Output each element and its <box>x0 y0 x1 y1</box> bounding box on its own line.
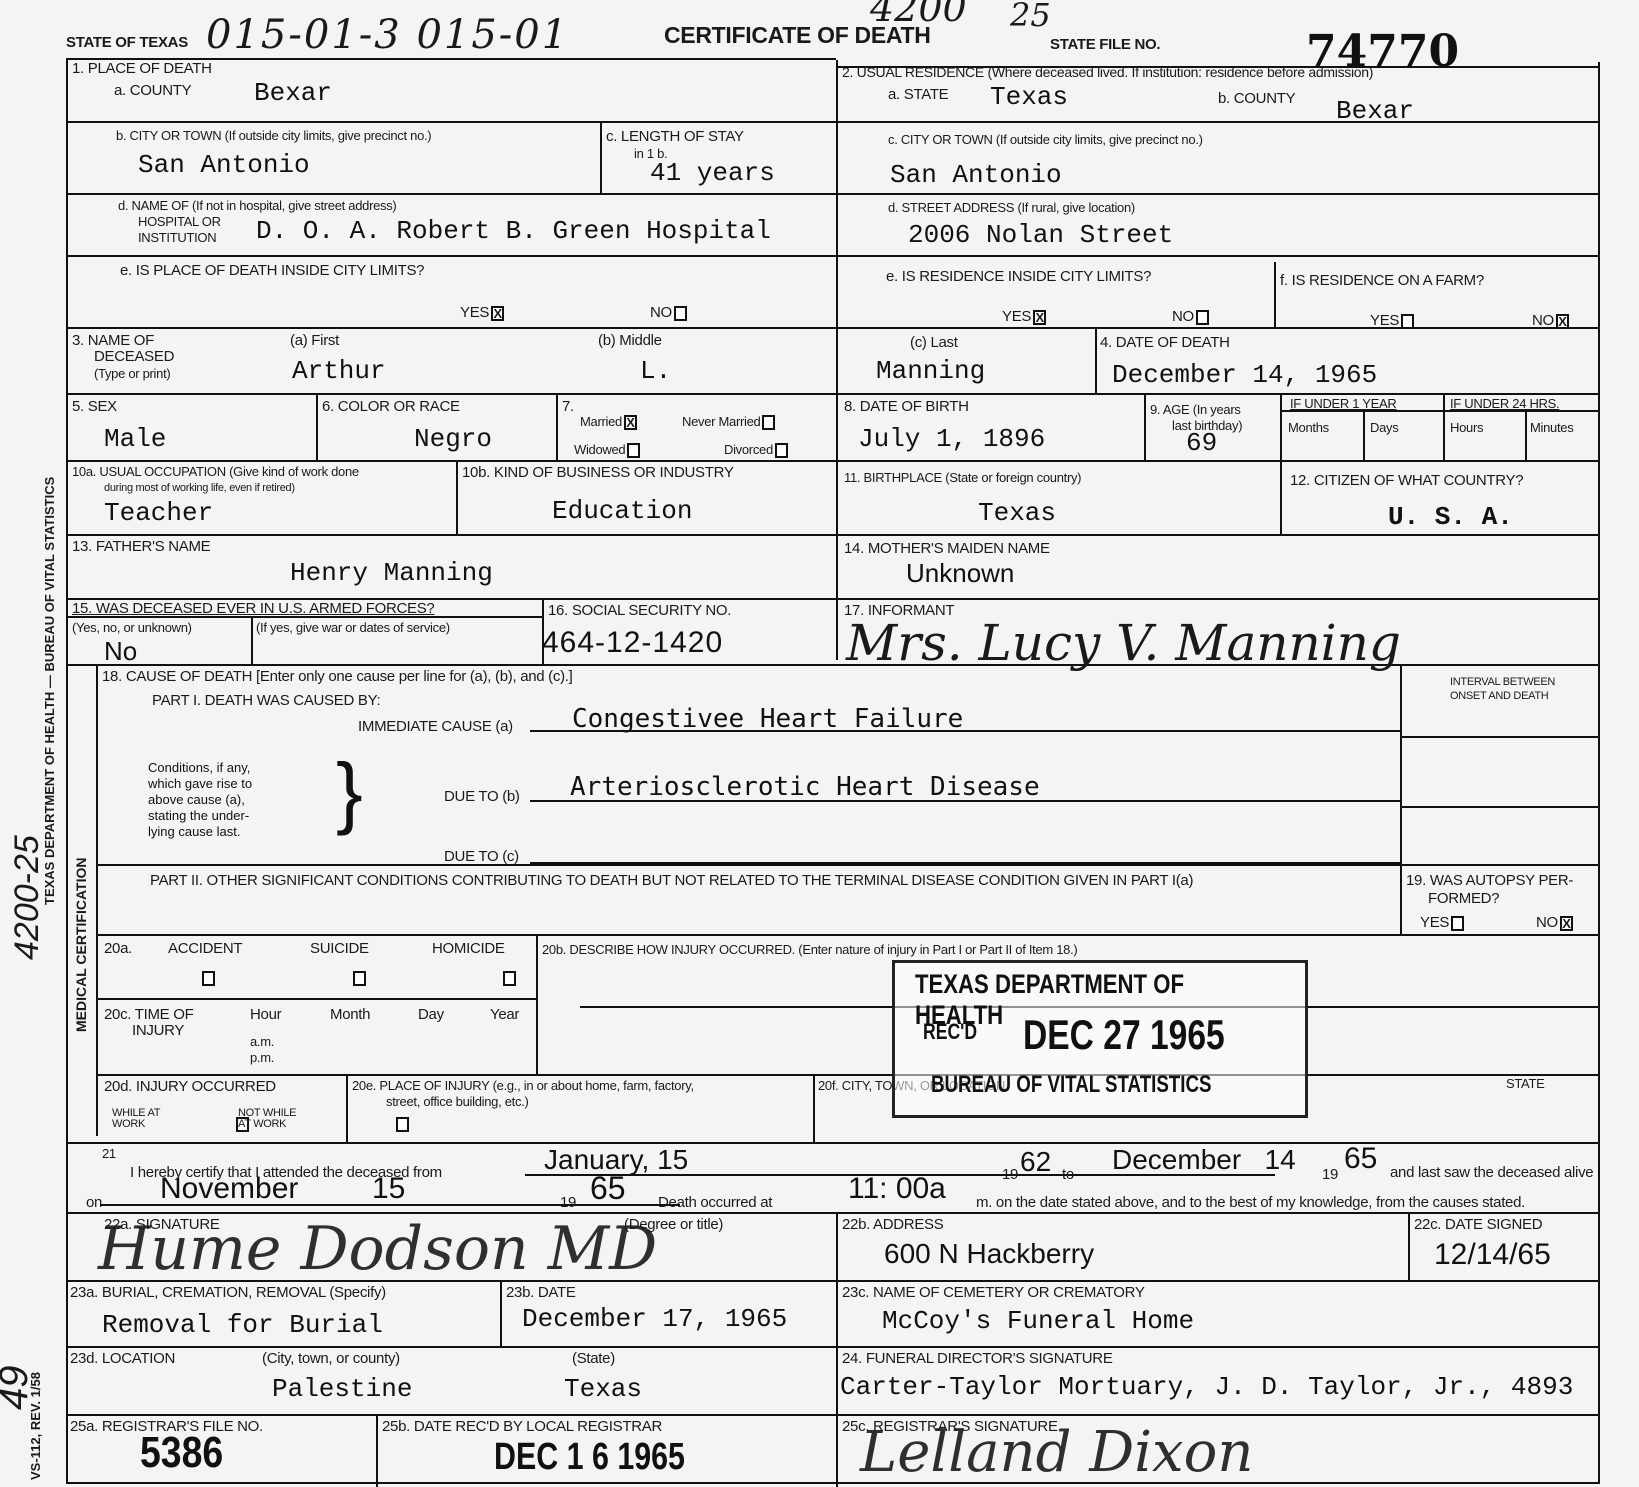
conditions-note-line: which gave rise to <box>148 776 252 792</box>
no-label: NO <box>1172 308 1194 325</box>
conditions-note-line: stating the under- <box>148 808 252 824</box>
occupation-label-2: during most of working life, even if ret… <box>104 482 295 494</box>
father-label: 13. FATHER'S NAME <box>72 538 210 555</box>
farm-no-checkbox[interactable]: X <box>1556 314 1569 329</box>
stamp-date: DEC 27 1965 <box>1023 1011 1225 1059</box>
handwritten-margin-note: 4200-25 <box>8 835 47 960</box>
disposition-date-label: 23b. DATE <box>506 1284 576 1301</box>
residence-state-label: a. STATE <box>888 86 948 103</box>
interval-label-1: INTERVAL BETWEEN <box>1450 676 1555 688</box>
date-signed-value[interactable]: 12/14/65 <box>1434 1238 1551 1272</box>
autopsy-label-1: 19. WAS AUTOPSY PER- <box>1406 872 1573 889</box>
divorced-label: Divorced <box>724 442 773 457</box>
describe-injury-label: 20b. DESCRIBE HOW INJURY OCCURRED. (Ente… <box>542 942 1077 957</box>
due-to-b-value[interactable]: Arteriosclerotic Heart Disease <box>570 772 1040 802</box>
residence-inside-city-label: e. IS RESIDENCE INSIDE CITY LIMITS? <box>886 268 1151 285</box>
part2-label: PART II. OTHER SIGNIFICANT CONDITIONS CO… <box>150 872 1193 889</box>
stamp-line3: BUREAU OF VITAL STATISTICS <box>931 1071 1211 1099</box>
residence-inside-no[interactable]: NO <box>1172 308 1209 325</box>
residence-state-value[interactable]: Texas <box>990 82 1068 112</box>
last-name-value[interactable]: Manning <box>876 356 985 386</box>
pm-label: p.m. <box>250 1050 274 1065</box>
received-stamp: TEXAS DEPARTMENT OF HEALTH REC'D DEC 27 … <box>892 960 1308 1118</box>
ssn-label: 16. SOCIAL SECURITY NO. <box>548 602 731 619</box>
armed-forces-sub1: (Yes, no, or unknown) <box>72 620 192 635</box>
nineteen-prefix: 19 <box>560 1194 576 1211</box>
armed-forces-value[interactable]: No <box>104 636 137 667</box>
disposition-date-value[interactable]: December 17, 1965 <box>522 1304 787 1334</box>
widowed-checkbox[interactable] <box>627 443 640 458</box>
last-seen-day[interactable]: 15 <box>372 1172 405 1206</box>
time-of-injury-label-2: INJURY <box>132 1022 184 1039</box>
name-label-1: 3. NAME OF <box>72 332 154 349</box>
street-address-value[interactable]: 2006 Nolan Street <box>908 220 1173 250</box>
citizen-value[interactable]: U. S. A. <box>1388 502 1513 532</box>
place-of-death-label: 1. PLACE OF DEATH <box>72 60 212 77</box>
street-address-label: d. STREET ADDRESS (If rural, give locati… <box>888 200 1135 215</box>
certify-text-2: and last saw the deceased alive <box>1390 1164 1593 1181</box>
inside-city-no[interactable]: NO <box>650 304 687 321</box>
burial-label: 23a. BURIAL, CREMATION, REMOVAL (Specify… <box>70 1284 386 1301</box>
name-label-3: (Type or print) <box>94 366 170 381</box>
brace-icon: } <box>336 752 363 832</box>
under-24-hrs-label: IF UNDER 24 HRS. <box>1450 396 1559 411</box>
handwritten-top: 4200 <box>870 0 967 30</box>
first-name-label: (a) First <box>290 332 339 349</box>
last-seen-month[interactable]: November <box>160 1172 298 1206</box>
not-while-at-work-label: NOT WHILE AT WORK <box>238 1108 310 1130</box>
yes-label: YES <box>1370 312 1399 329</box>
while-at-work-label: WHILE AT WORK <box>112 1108 168 1130</box>
divorced-checkbox[interactable] <box>775 443 788 458</box>
handwritten-top2: 25 <box>1010 0 1051 34</box>
residence-inside-yes[interactable]: YESX <box>1002 308 1046 325</box>
farm-yes[interactable]: YES <box>1370 312 1414 329</box>
item-21-label: 21 <box>102 1146 116 1161</box>
armed-forces-sub2: (If yes, give war or dates of service) <box>256 620 450 635</box>
nineteen-prefix: 19 <box>1322 1166 1338 1183</box>
residence-inside-no-checkbox[interactable] <box>1196 310 1209 325</box>
age-value[interactable]: 69 <box>1186 428 1217 458</box>
state-file-label: STATE FILE NO. <box>1050 36 1160 53</box>
autopsy-label-2: FORMED? <box>1428 890 1499 907</box>
item-20a-label: 20a. <box>104 940 132 957</box>
name-label-2: DECEASED <box>94 348 174 365</box>
occupation-label-1: 10a. USUAL OCCUPATION (Give kind of work… <box>72 464 359 479</box>
hours-label: Hours <box>1450 420 1483 435</box>
hospital-sub2: INSTITUTION <box>138 230 216 245</box>
autopsy-yes[interactable]: YES <box>1420 914 1464 931</box>
part1-label: PART I. DEATH WAS CAUSED BY: <box>152 692 380 709</box>
date-of-birth-label: 8. DATE OF BIRTH <box>844 398 969 415</box>
no-label: NO <box>1532 312 1554 329</box>
hour-label: Hour <box>250 1006 281 1023</box>
mother-label: 14. MOTHER'S MAIDEN NAME <box>844 540 1050 557</box>
conditions-note-line: above cause (a), <box>148 792 252 808</box>
homicide-label: HOMICIDE <box>432 940 505 957</box>
nineteen-prefix: 19 <box>1002 1166 1018 1183</box>
yes-label: YES <box>1420 914 1449 931</box>
funeral-director-value[interactable]: Carter-Taylor Mortuary, J. D. Taylor, Jr… <box>840 1372 1573 1402</box>
sex-label: 5. SEX <box>72 398 117 415</box>
divorced-option[interactable]: Divorced <box>724 442 788 458</box>
city-label: b. CITY OR TOWN (If outside city limits,… <box>116 128 431 143</box>
residence-inside-yes-checkbox[interactable]: X <box>1033 310 1046 325</box>
sex-value[interactable]: Male <box>104 424 166 454</box>
cemetery-label: 23c. NAME OF CEMETERY OR CREMATORY <box>842 1284 1145 1301</box>
yes-label: YES <box>460 304 489 321</box>
suicide-checkbox[interactable] <box>353 971 366 986</box>
first-name-value[interactable]: Arthur <box>292 356 386 386</box>
death-county-value[interactable]: Bexar <box>254 78 332 108</box>
residence-city-label: c. CITY OR TOWN (If outside city limits,… <box>888 132 1203 147</box>
location-city-value[interactable]: Palestine <box>272 1374 412 1404</box>
no-label: NO <box>1536 914 1558 931</box>
conditions-note-line: lying cause last. <box>148 824 252 840</box>
handwritten-margin-mark: 49 <box>0 1366 37 1411</box>
industry-value[interactable]: Education <box>552 496 692 526</box>
married-checkbox[interactable]: X <box>624 415 637 430</box>
on-label: on <box>86 1194 102 1211</box>
autopsy-no-checkbox[interactable]: X <box>1560 916 1573 931</box>
farm-no[interactable]: NOX <box>1532 312 1569 329</box>
handwritten-number: 015-01-3 015-01 <box>206 12 569 58</box>
place-of-injury-label-2: street, office building, etc.) <box>386 1094 529 1109</box>
last-seen-year[interactable]: 65 <box>590 1170 626 1207</box>
days-label: Days <box>1370 420 1398 435</box>
length-of-stay-value[interactable]: 41 years <box>650 158 775 188</box>
interval-label-2: ONSET AND DEATH <box>1450 690 1548 702</box>
residence-county-label: b. COUNTY <box>1218 90 1295 107</box>
married-label: Married <box>580 414 622 429</box>
physician-signature[interactable]: Hume Dodson MD <box>98 1214 657 1284</box>
month-label: Month <box>330 1006 370 1023</box>
place-of-injury-label-1: 20e. PLACE OF INJURY (e.g., in or about … <box>352 1078 694 1093</box>
immediate-cause-value[interactable]: Congestivee Heart Failure <box>572 704 963 734</box>
suicide-label: SUICIDE <box>310 940 369 957</box>
autopsy-yes-checkbox[interactable] <box>1451 916 1464 931</box>
registrar-date-label: 25b. DATE REC'D BY LOCAL REGISTRAR <box>382 1418 662 1435</box>
race-value[interactable]: Negro <box>414 424 492 454</box>
funeral-director-label: 24. FUNERAL DIRECTOR'S SIGNATURE <box>842 1350 1113 1367</box>
location-city-label: (City, town, or county) <box>262 1350 400 1367</box>
hospital-value[interactable]: D. O. A. Robert B. Green Hospital <box>256 216 771 246</box>
attended-from-year[interactable]: 62 <box>1020 1146 1051 1178</box>
conditions-note-line: Conditions, if any, <box>148 760 252 776</box>
attended-to-date[interactable]: December 14 <box>1112 1144 1296 1176</box>
location-state-value[interactable]: Texas <box>564 1374 642 1404</box>
autopsy-no[interactable]: NOX <box>1536 914 1573 931</box>
conditions-note: Conditions, if any, which gave rise to a… <box>148 760 252 840</box>
marital-label: 7. <box>562 398 574 415</box>
father-value[interactable]: Henry Manning <box>290 558 493 588</box>
date-of-birth-value[interactable]: July 1, 1896 <box>858 424 1045 454</box>
accident-label: ACCIDENT <box>168 940 242 957</box>
accident-checkbox[interactable] <box>202 971 215 986</box>
occupation-value[interactable]: Teacher <box>104 498 213 528</box>
medical-certification-label: MEDICAL CERTIFICATION <box>73 858 89 1032</box>
injury-occurred-label: 20d. INJURY OCCURRED <box>104 1078 276 1095</box>
residence-city-value[interactable]: San Antonio <box>890 160 1062 190</box>
location-label: 23d. LOCATION <box>70 1350 175 1367</box>
industry-label: 10b. KIND OF BUSINESS OR INDUSTRY <box>462 464 734 481</box>
residence-county-value[interactable]: Bexar <box>1336 96 1414 126</box>
middle-name-value[interactable]: L. <box>640 356 671 386</box>
birthplace-label: 11. BIRTHPLACE (State or foreign country… <box>844 470 1081 485</box>
birthplace-value[interactable]: Texas <box>978 498 1056 528</box>
registrar-file-value[interactable]: 5386 <box>140 1428 223 1478</box>
never-married-checkbox[interactable] <box>762 415 775 430</box>
citizen-label: 12. CITIZEN OF WHAT COUNTRY? <box>1290 472 1523 489</box>
location-state-label: (State) <box>572 1350 615 1367</box>
due-to-b-label: DUE TO (b) <box>444 788 520 805</box>
length-of-stay-label: c. LENGTH OF STAY <box>606 128 744 145</box>
under-1-year-label: IF UNDER 1 YEAR <box>1290 396 1397 411</box>
year-label: Year <box>490 1006 519 1023</box>
informant-signature[interactable]: Mrs. Lucy V. Manning <box>846 614 1401 672</box>
physician-address-label: 22b. ADDRESS <box>842 1216 943 1233</box>
inside-city-label: e. IS PLACE OF DEATH INSIDE CITY LIMITS? <box>120 262 424 279</box>
registrar-signature[interactable]: Lelland Dixon <box>860 1420 1253 1485</box>
due-to-c-label: DUE TO (c) <box>444 848 519 865</box>
state-label: STATE OF TEXAS <box>66 34 188 51</box>
never-married-label: Never Married <box>682 414 760 429</box>
never-married-option[interactable]: Never Married <box>682 414 775 430</box>
middle-name-label: (b) Middle <box>598 332 662 349</box>
mother-value[interactable]: Unknown <box>906 558 1014 589</box>
injury-state-label: STATE <box>1506 1076 1544 1091</box>
death-occurred-label: Death occurred at <box>658 1194 772 1211</box>
widowed-option[interactable]: Widowed <box>574 442 640 458</box>
homicide-checkbox[interactable] <box>503 971 516 986</box>
death-time[interactable]: 11: 00a <box>848 1172 946 1206</box>
no-label: NO <box>650 304 672 321</box>
widowed-label: Widowed <box>574 442 625 457</box>
date-signed-label: 22c. DATE SIGNED <box>1414 1216 1542 1233</box>
hospital-sub1: HOSPITAL OR <box>138 214 221 229</box>
race-label: 6. COLOR OR RACE <box>322 398 460 415</box>
ssn-value[interactable]: 464-12-1420 <box>542 626 723 660</box>
married-option[interactable]: MarriedX <box>580 414 637 430</box>
am-label: a.m. <box>250 1034 274 1049</box>
age-label-1: 9. AGE (In years <box>1150 402 1241 417</box>
day-label: Day <box>418 1006 444 1023</box>
yes-label: YES <box>1002 308 1031 325</box>
residence-label: 2. USUAL RESIDENCE (Where deceased lived… <box>842 64 1373 80</box>
inside-city-no-checkbox[interactable] <box>674 306 687 321</box>
armed-forces-label: 15. WAS DECEASED EVER IN U.S. ARMED FORC… <box>72 600 434 617</box>
physician-address-value[interactable]: 600 N Hackberry <box>884 1238 1094 1270</box>
last-name-label: (c) Last <box>910 334 958 351</box>
inside-city-yes-checkbox[interactable]: X <box>491 306 504 321</box>
minutes-label: Minutes <box>1530 420 1573 435</box>
cause-label: 18. CAUSE OF DEATH [Enter only one cause… <box>102 668 573 685</box>
to-label: to <box>1062 1166 1074 1183</box>
stamp-recd: REC'D <box>923 1019 977 1045</box>
date-of-death-label: 4. DATE OF DEATH <box>1100 334 1230 351</box>
county-label: a. COUNTY <box>114 82 191 99</box>
hospital-label: d. NAME OF (If not in hospital, give str… <box>118 198 396 213</box>
death-city-value[interactable]: San Antonio <box>138 150 310 180</box>
certify-text-3: m. on the date stated above, and to the … <box>976 1194 1525 1211</box>
time-of-injury-label-1: 20c. TIME OF <box>104 1006 193 1023</box>
attended-to-year[interactable]: 65 <box>1344 1142 1377 1176</box>
immediate-cause-label: IMMEDIATE CAUSE (a) <box>358 718 513 735</box>
inside-city-yes[interactable]: YESX <box>460 304 504 321</box>
burial-value[interactable]: Removal for Burial <box>102 1310 383 1340</box>
registrar-date-value[interactable]: DEC 1 6 1965 <box>494 1436 685 1479</box>
cemetery-value[interactable]: McCoy's Funeral Home <box>882 1306 1194 1336</box>
months-label: Months <box>1288 420 1329 435</box>
farm-yes-checkbox[interactable] <box>1401 314 1414 329</box>
date-of-death-value[interactable]: December 14, 1965 <box>1112 360 1377 390</box>
farm-label: f. IS RESIDENCE ON A FARM? <box>1280 272 1484 289</box>
not-while-at-work-checkbox[interactable] <box>396 1117 409 1132</box>
